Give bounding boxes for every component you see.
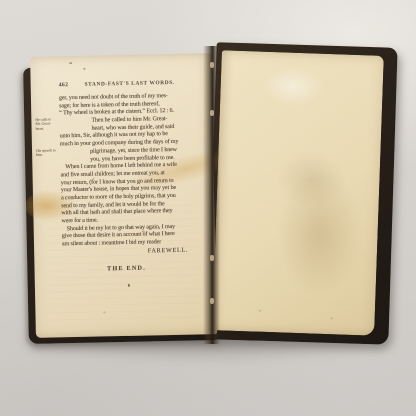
margin-note-line: him. bbox=[36, 153, 59, 158]
foxing-speck bbox=[259, 310, 261, 312]
left-page: 462 STAND-FAST'S LAST WORDS. He calls to… bbox=[30, 53, 217, 338]
binding-gutter bbox=[203, 46, 220, 344]
margin-note: He calls to Mr. Great-heart. bbox=[35, 117, 58, 131]
running-title: STAND-FAST'S LAST WORDS. bbox=[73, 80, 187, 88]
binding-stitch bbox=[210, 255, 214, 261]
right-page bbox=[212, 50, 384, 335]
page-header: 462 STAND-FAST'S LAST WORDS. bbox=[59, 80, 187, 91]
binding-stitch bbox=[210, 62, 214, 68]
foxing-speck bbox=[83, 68, 85, 70]
foxing-speck bbox=[331, 317, 333, 319]
photo-background: 462 STAND-FAST'S LAST WORDS. He calls to… bbox=[0, 0, 416, 416]
margin-note-line: Mr. Great-heart. bbox=[35, 122, 58, 131]
foxing-speck bbox=[93, 178, 95, 180]
page-number: 462 bbox=[59, 82, 69, 88]
margin-note: His speech to him. bbox=[36, 148, 59, 157]
binding-stitch bbox=[210, 110, 214, 116]
body-text: ger, you need not doubt of the truth of … bbox=[59, 93, 190, 258]
foxing-speck bbox=[103, 311, 105, 313]
binding-stitch bbox=[210, 298, 214, 304]
foxing-speck bbox=[142, 231, 145, 233]
foxing-speck bbox=[128, 284, 130, 287]
foxing-speck bbox=[69, 62, 72, 64]
